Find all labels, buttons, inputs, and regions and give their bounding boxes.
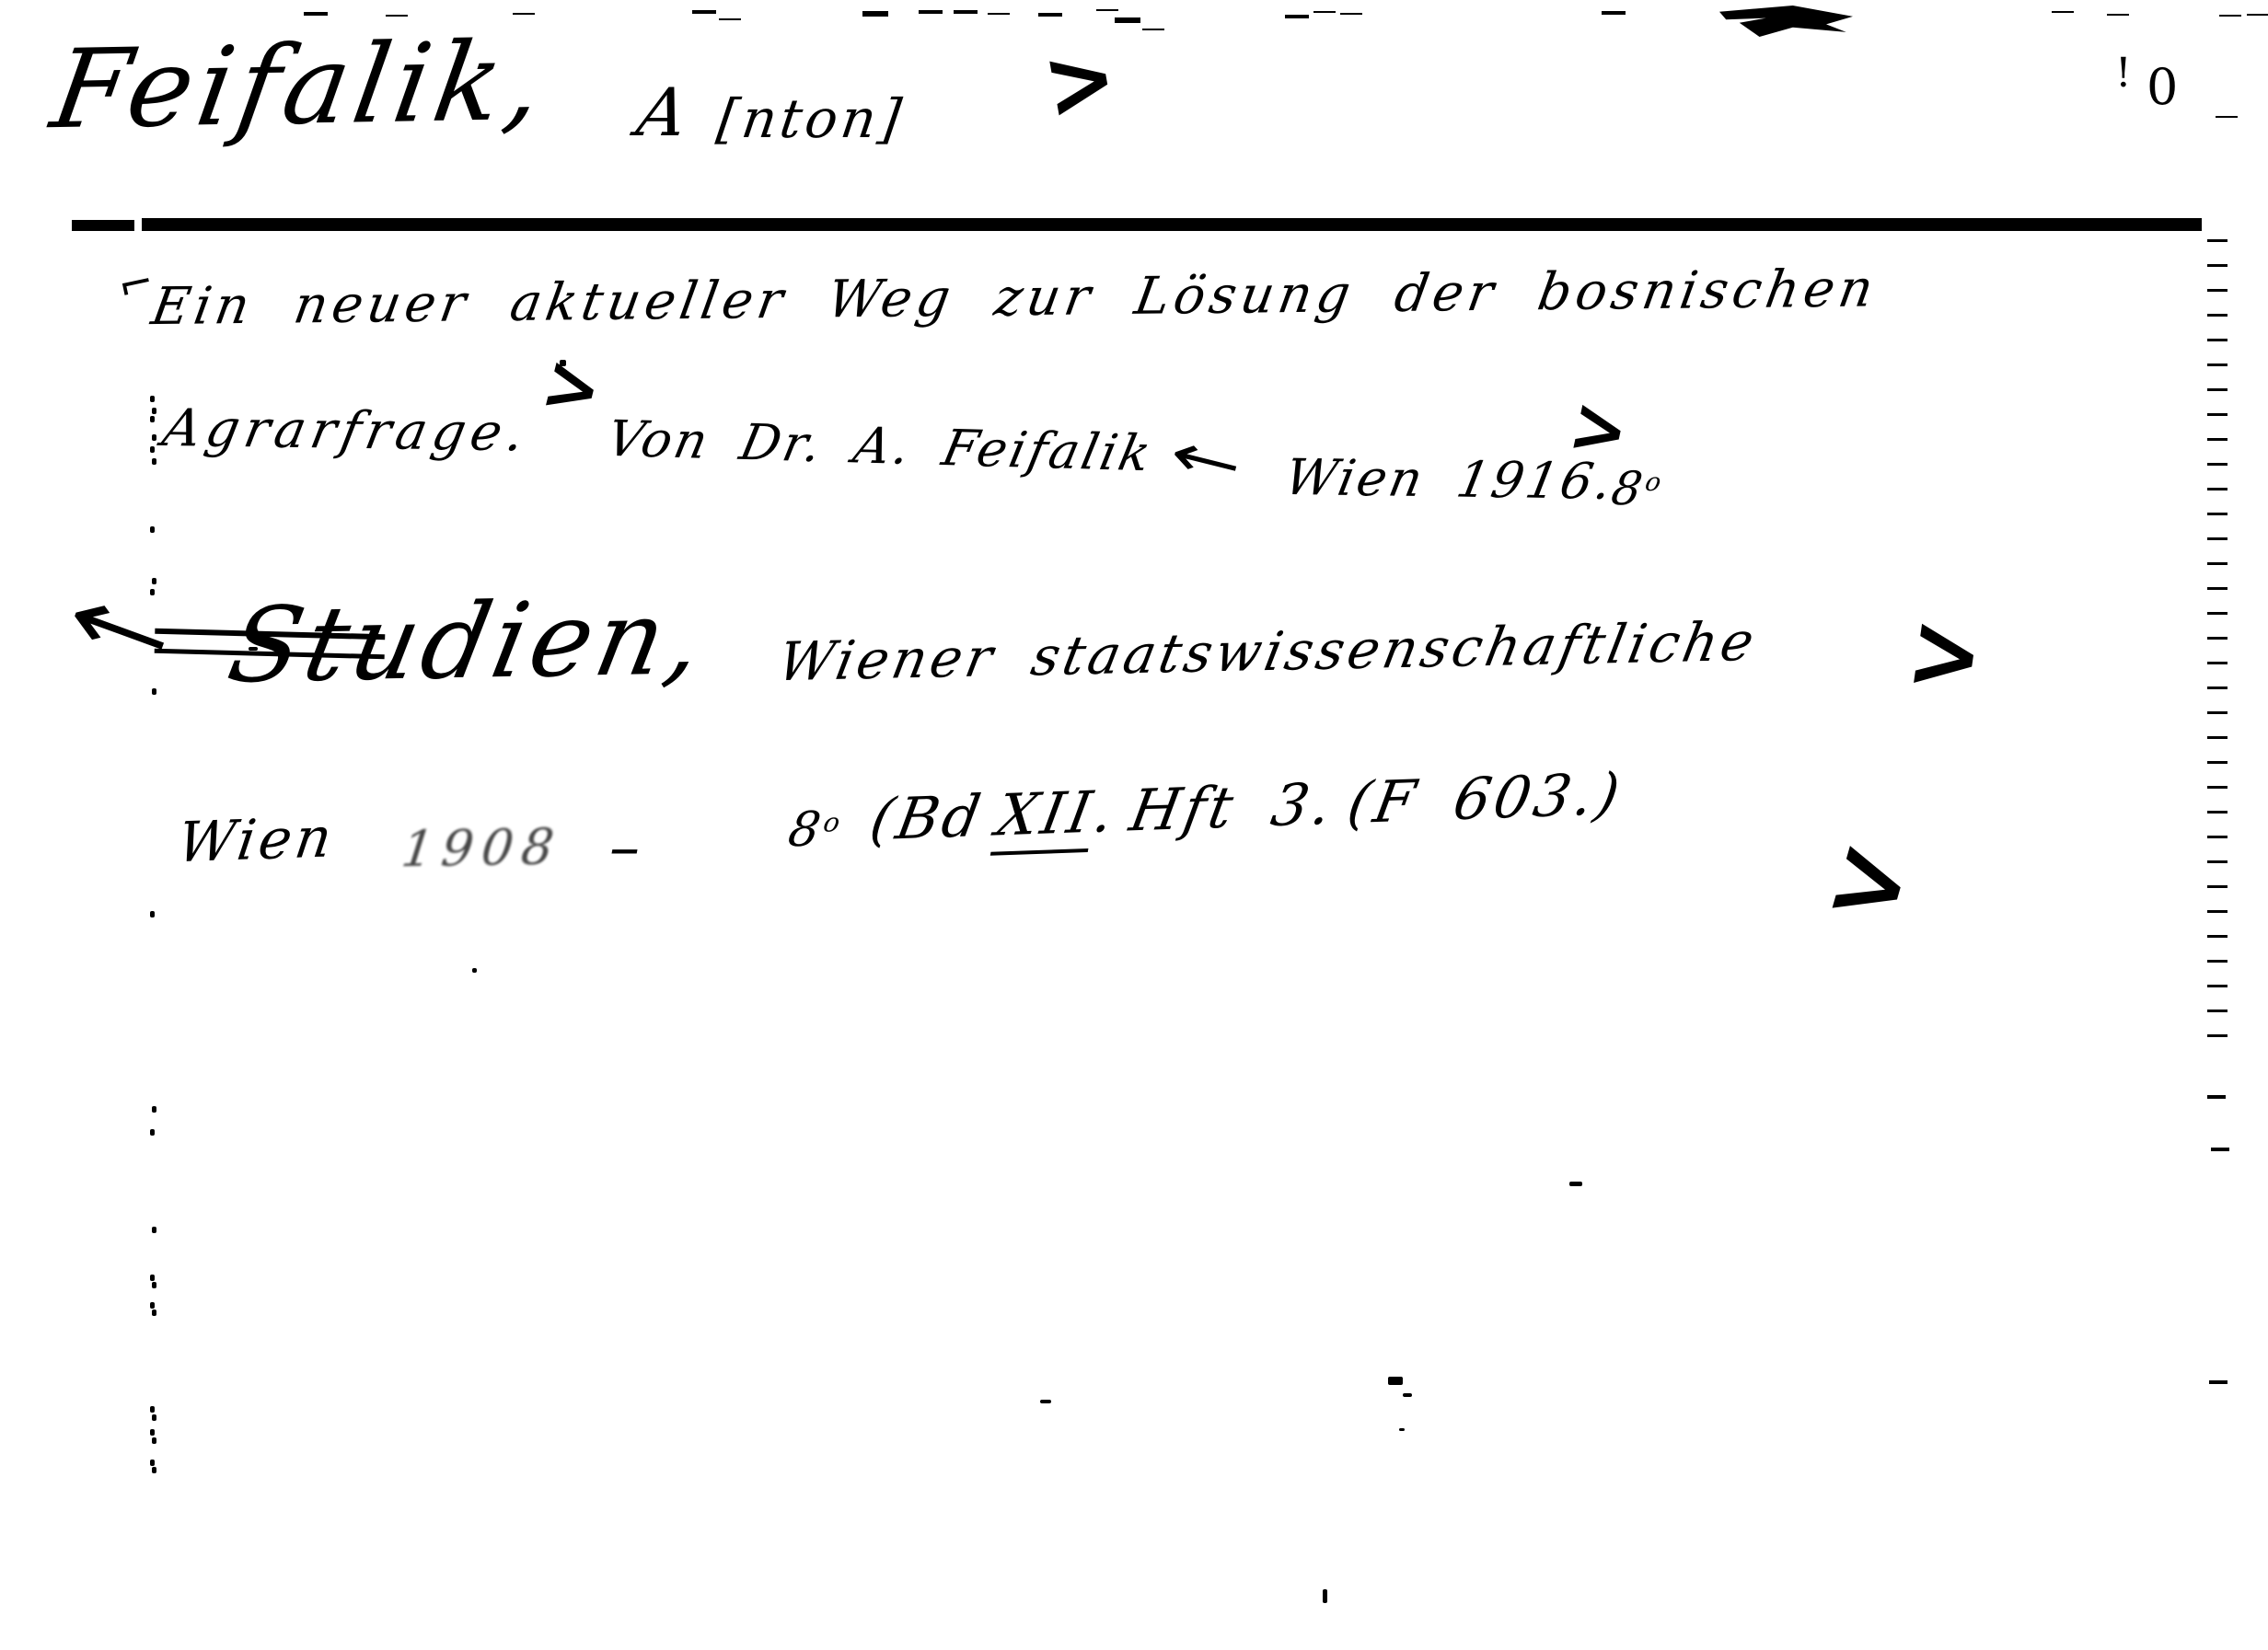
scan-noise-top-edge [0, 0, 24, 4]
author-statement: Von Dr. A. Feifalik [603, 414, 1157, 479]
scan-speck [1569, 1182, 1582, 1186]
heading-forename-initial: A [632, 79, 695, 145]
corner-card-number: 0 [2146, 63, 2178, 112]
catalog-card: Feifalik, A [nton] > ! 0 ⌐ Ein neuer akt… [0, 0, 2268, 1650]
citation-issue: Hft 3. [1125, 769, 1340, 844]
title-line-2: Agrarfrage. [158, 403, 534, 459]
series-citation: (BdXII.Hft 3.(F 603.) [866, 766, 1627, 849]
insertion-caret-icon: > [1036, 27, 1123, 135]
corner-exclamation-mark: ! [2115, 53, 2132, 94]
scan-noise-right-edge [2207, 239, 2227, 1058]
citation-volume-label: (Bd [865, 782, 989, 854]
series-qualifier: Wiener staatswissenschaftliche [774, 615, 1762, 688]
scan-noise-left-margin-dots [150, 396, 155, 402]
scan-speck [560, 360, 566, 366]
scan-speck [1323, 1589, 1327, 1603]
caret-before-format-icon: > [1563, 385, 1635, 473]
caret-end-icon: > [1817, 815, 1926, 948]
header-rule [142, 218, 2202, 231]
scan-speck [1403, 1393, 1412, 1397]
caret-after-qualifier-icon: > [1902, 596, 1990, 711]
series-format-octavo: 8o [785, 806, 842, 854]
header-rule-segment-left [72, 220, 134, 231]
scan-speck [1040, 1400, 1051, 1403]
citation-volume-number: XII [990, 778, 1100, 855]
caret-after-title-icon: > [535, 342, 609, 433]
scan-noise-blob [1719, 6, 1853, 37]
shelfmark: (F 603.) [1343, 759, 1628, 837]
scan-speck [1399, 1428, 1405, 1431]
series-format-number: 8 [784, 802, 827, 858]
insert-arrow-icon: ← [1164, 423, 1248, 496]
scan-speck [249, 647, 258, 651]
series-place: Wien [175, 810, 339, 871]
title-line-1: Ein neuer aktueller Weg zur Lösung der b… [148, 263, 1881, 333]
opening-tick-mark: ⌐ [114, 260, 157, 308]
series-year-faded: 1908 [399, 822, 564, 874]
scan-speck [1388, 1377, 1403, 1385]
scan-noise-right-edge-lower [2207, 1095, 2226, 1099]
format-octavo: 8o [1608, 466, 1663, 512]
scan-speck [472, 968, 477, 973]
series-year-dash: – [609, 817, 642, 878]
series-title: Studien, [221, 586, 715, 698]
heading-surname: Feifalik, [45, 27, 555, 144]
heading-forename-completion: [nton] [714, 92, 908, 145]
